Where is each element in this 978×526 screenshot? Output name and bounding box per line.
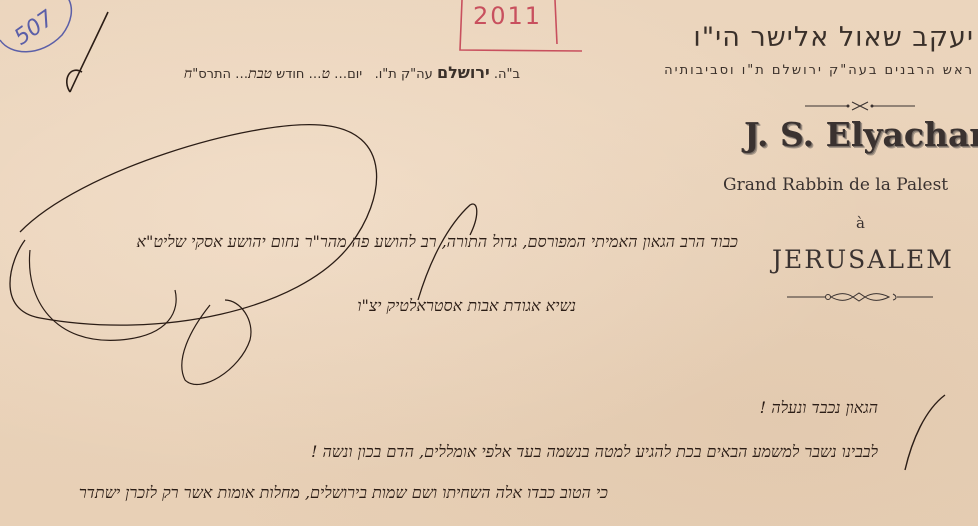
date-day-label: יום [347, 67, 362, 82]
letterhead-latin-title: Grand Rabbin de la Palest [723, 175, 948, 195]
letterhead-hebrew-title: ראש הרבנים בעה"ק ירושלם ת"ו וסביבותיה [664, 63, 974, 78]
date-line: ב"ה. ירושלם עה"ק ת"ו. יום… ט… חודש טבת… … [120, 63, 520, 83]
date-month-label: חודש [276, 67, 304, 82]
date-city-suffix: עה"ק ת"ו. [375, 67, 433, 82]
letterhead-preposition: à [856, 214, 865, 232]
date-prefix: ב"ה. [494, 67, 520, 82]
date-month-value: טבת [248, 66, 272, 82]
letterhead-hebrew-name: יעקב שאול אלישר הי"ו [693, 22, 974, 53]
letterhead-city: JERUSALEM [772, 245, 954, 274]
handwritten-salutation-line-1: כבוד הרב הגאון האמיתי המפורסם, גדול התור… [8, 232, 738, 252]
date-year-value: ח [184, 66, 192, 82]
date-day-value: ט [322, 66, 330, 82]
handwritten-greeting: הגאון נכבד ונעלה ! [578, 398, 878, 418]
letterhead-bottom-ornament [785, 290, 935, 304]
archive-number-red: 2011 [473, 2, 542, 30]
handwritten-body-line-2: כי הטוב כבדו אלה השחיתו ושם שמות בירושלי… [8, 483, 608, 503]
letterhead-latin-name: J. S. Elyachar [744, 115, 978, 154]
date-city: ירושלם [437, 63, 490, 82]
date-year-label: התרס" [192, 67, 231, 82]
archive-number-blue: 507 [10, 6, 59, 51]
letterhead-divider-ornament [800, 100, 920, 112]
handwritten-salutation-line-2: נשיא אגודת אבות אסטראלטיק יצ"ו [156, 296, 576, 316]
handwritten-body-line-1: לבבינו נשבר למשמע הבאים בכת להגיע למטה ב… [8, 442, 878, 462]
